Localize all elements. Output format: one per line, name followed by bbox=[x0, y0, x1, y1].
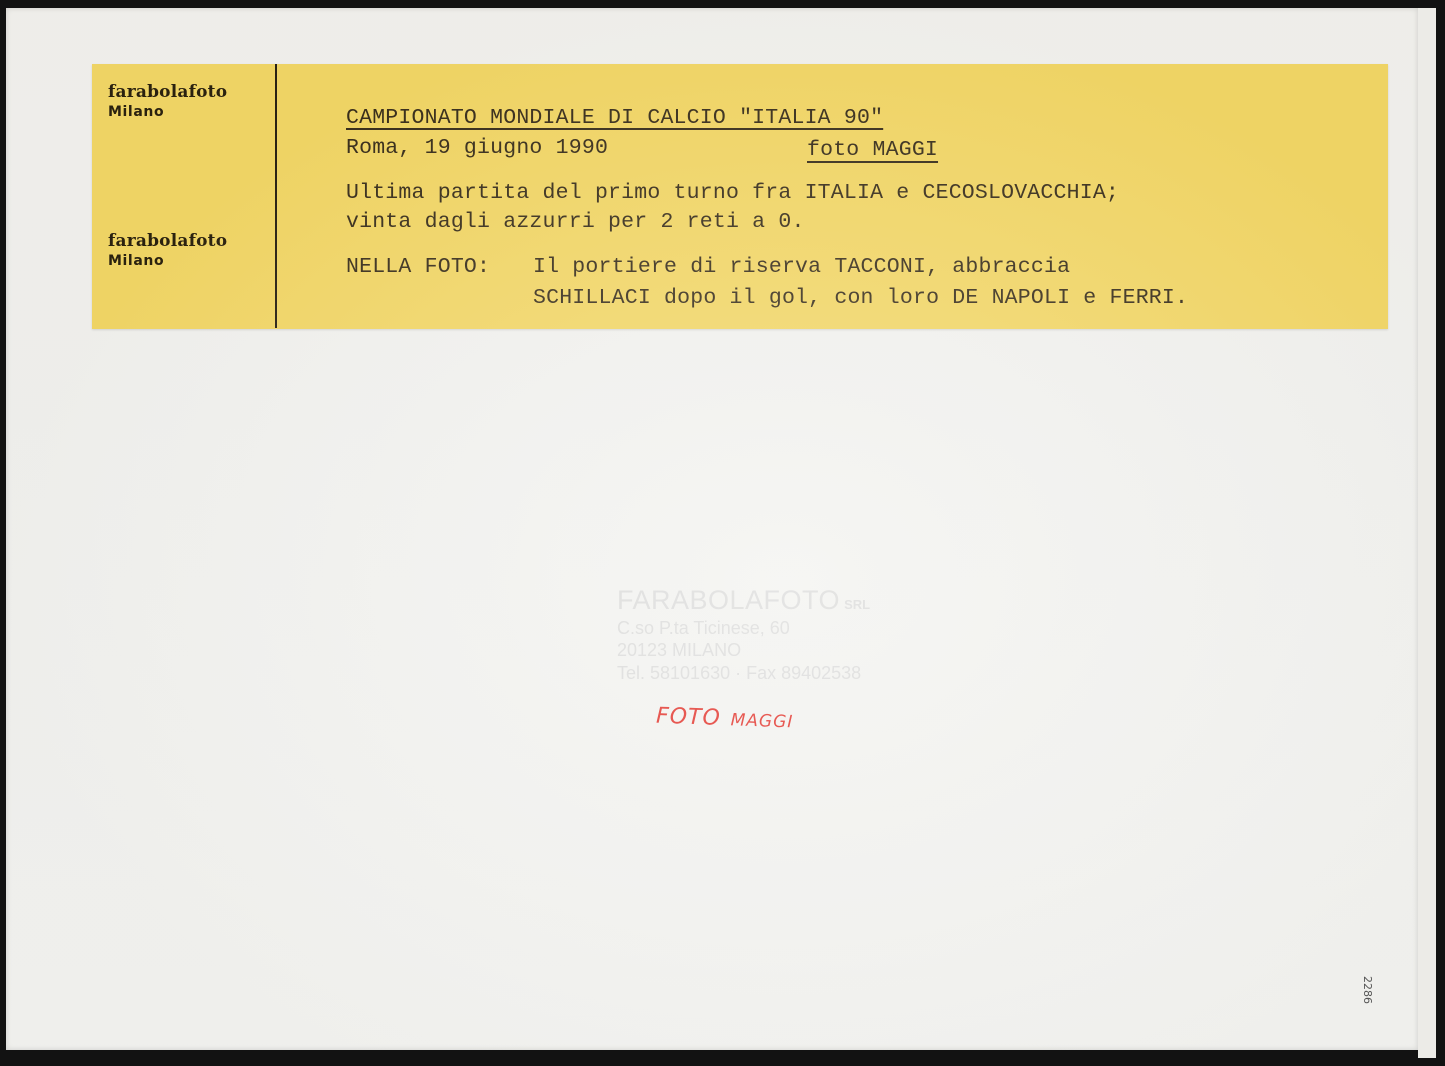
agency-city: Milano bbox=[108, 253, 227, 269]
agency-name: farabolafoto bbox=[108, 231, 227, 251]
caption-label: farabolafoto Milano farabolafoto Milano … bbox=[92, 64, 1388, 329]
handwritten-word: MAGGI bbox=[730, 710, 793, 732]
label-divider bbox=[275, 64, 277, 328]
caption-description-line: vinta dagli azzurri per 2 reti a 0. bbox=[346, 210, 805, 234]
caption-dateline: Roma, 19 giugno 1990 bbox=[346, 136, 608, 160]
stamp-address-line: 20123 MILANO bbox=[617, 641, 870, 661]
stamp-title: FARABOLAFOTO bbox=[617, 585, 840, 615]
agency-stamp-bottom: farabolafoto Milano bbox=[108, 231, 227, 269]
stamp-address-line: Tel. 58101630 · Fax 89402538 bbox=[617, 664, 870, 684]
agency-city: Milano bbox=[108, 104, 227, 120]
photo-credit: foto MAGGI bbox=[807, 138, 938, 162]
photo-back-paper: farabolafoto Milano farabolafoto Milano … bbox=[6, 8, 1418, 1050]
paper-edge bbox=[1418, 8, 1436, 1058]
stamp-suffix: SRL bbox=[844, 597, 870, 612]
handwritten-word: FOTO bbox=[656, 704, 722, 731]
agency-name: farabolafoto bbox=[108, 82, 227, 102]
agency-address-stamp: FARABOLAFOTOSRL C.so P.ta Ticinese, 60 2… bbox=[617, 586, 870, 684]
stamp-address-line: C.so P.ta Ticinese, 60 bbox=[617, 619, 870, 639]
agency-stamp-top: farabolafoto Milano bbox=[108, 82, 227, 120]
archive-number: 2286 bbox=[1361, 976, 1374, 1004]
nella-foto-line: Il portiere di riserva TACCONI, abbracci… bbox=[533, 255, 1070, 279]
nella-foto-label: NELLA FOTO: bbox=[346, 255, 490, 279]
handwritten-note: FOTOMAGGI bbox=[656, 704, 794, 734]
caption-headline: CAMPIONATO MONDIALE DI CALCIO "ITALIA 90… bbox=[346, 106, 883, 130]
caption-description-line: Ultima partita del primo turno fra ITALI… bbox=[346, 181, 1119, 205]
nella-foto-line: SCHILLACI dopo il gol, con loro DE NAPOL… bbox=[533, 286, 1188, 310]
